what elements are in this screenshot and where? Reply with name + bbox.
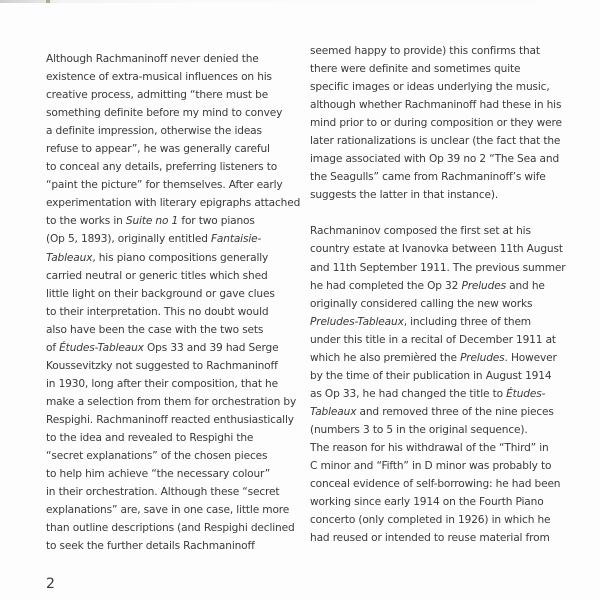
text-span: and removed three of the nine pieces	[356, 406, 553, 418]
text-line: explanations” are, save in one case, lit…	[46, 501, 300, 519]
text-line: there were definite and sometimes quite	[310, 60, 566, 78]
work-title: Suite no 1	[126, 215, 178, 227]
scan-top-edge	[0, 0, 600, 3]
text-line: image associated with Op 39 no 2 “The Se…	[310, 150, 566, 168]
text-line: C minor and “Fifth” in D minor was proba…	[310, 457, 566, 475]
text-span: . However	[505, 352, 557, 364]
text-span: which he also premièred the	[310, 352, 460, 364]
text-line: as Op 33, he had changed the title to Ét…	[310, 385, 566, 403]
text-line: “paint the picture” for themselves. Afte…	[46, 176, 300, 194]
text-line: he had completed the Op 32 Preludes and …	[310, 277, 566, 295]
text-line: under this title in a recital of Decembe…	[310, 331, 566, 349]
left-paragraph: Although Rachmaninoff never denied the e…	[46, 50, 300, 555]
text-line: Tableaux, his piano compositions general…	[46, 249, 300, 267]
work-title: Tableaux	[46, 252, 92, 264]
text-line: originally considered calling the new wo…	[310, 295, 566, 313]
text-line: to their interpretation. This no doubt w…	[46, 303, 300, 321]
text-line: than outline descriptions (and Respighi …	[46, 519, 300, 537]
text-line: Tableaux and removed three of the nine p…	[310, 403, 566, 421]
text-line: of Études-Tableaux Ops 33 and 39 had Ser…	[46, 339, 300, 357]
text-line: also have been the case with the two set…	[46, 321, 300, 339]
text-line: country estate at Ivanovka between 11th …	[310, 240, 566, 258]
text-line: and 11th September 1911. The previous su…	[310, 259, 566, 277]
text-span: and he	[506, 280, 545, 292]
text-line: Koussevitzky not suggested to Rachmanino…	[46, 357, 300, 375]
text-line: to the works in Suite no 1 for two piano…	[46, 212, 300, 230]
text-line: little light on their background or gave…	[46, 285, 300, 303]
text-line: had reused or intended to reuse material…	[310, 529, 566, 547]
work-title: Fantaisie-	[211, 233, 261, 245]
text-line: to seek the further details Rachmaninoff	[46, 537, 300, 555]
text-line: Respighi. Rachmaninoff reacted enthusias…	[46, 411, 300, 429]
work-title: Preludes	[461, 280, 505, 292]
text-span: Ops 33 and 39 had Serge	[144, 342, 279, 354]
work-title: Preludes-Tableaux	[310, 316, 404, 328]
text-line: “secret explanations” of the chosen piec…	[46, 447, 300, 465]
text-line: carried neutral or generic titles which …	[46, 267, 300, 285]
text-line: which he also premièred the Preludes. Ho…	[310, 349, 566, 367]
text-line: to help him achieve “the necessary colou…	[46, 465, 300, 483]
text-line: (numbers 3 to 5 in the original sequence…	[310, 421, 566, 439]
text-line: (Op 5, 1893), originally entitled Fantai…	[46, 230, 300, 248]
text-span: as Op 33, he had changed the title to	[310, 388, 506, 400]
text-line: creative process, admitting “there must …	[46, 86, 300, 104]
text-line: suggests the latter in that instance).	[310, 186, 566, 204]
work-title: Tableaux	[310, 406, 356, 418]
text-span: to the works in	[46, 215, 126, 227]
text-span: for two pianos	[178, 215, 255, 227]
page-number: 2	[46, 576, 55, 592]
text-line: by the time of their publication in Augu…	[310, 367, 566, 385]
text-line: a definite impression, otherwise the ide…	[46, 122, 300, 140]
text-line: conceal evidence of self-borrowing: he h…	[310, 475, 566, 493]
text-line: mind prior to or during composition or t…	[310, 114, 566, 132]
text-span: , his piano compositions generally	[92, 252, 268, 264]
text-span: of	[46, 342, 59, 354]
text-line: later rationalizations is unclear (the f…	[310, 132, 566, 150]
text-line: specific images or ideas underlying the …	[310, 78, 566, 96]
scan-edge-mark	[46, 0, 50, 3]
work-title: Études-	[506, 388, 545, 400]
text-line: concerto (only completed in 1926) in whi…	[310, 511, 566, 529]
text-line: although whether Rachmaninoff had these …	[310, 96, 566, 114]
text-line: existence of extra-musical influences on…	[46, 68, 300, 86]
text-line: Rachmaninov composed the first set at hi…	[310, 222, 566, 240]
left-column: Although Rachmaninoff never denied the e…	[46, 50, 300, 555]
text-line: working since early 1914 on the Fourth P…	[310, 493, 566, 511]
paragraph-gap	[310, 204, 566, 222]
work-title: Études-Tableaux	[59, 342, 144, 354]
text-line: refuse to appear”, he was generally care…	[46, 140, 300, 158]
text-line: in their orchestration. Although these “…	[46, 483, 300, 501]
right-column: seemed happy to provide) this confirms t…	[310, 42, 566, 547]
text-line: seemed happy to provide) this confirms t…	[310, 42, 566, 60]
text-line: make a selection from them for orchestra…	[46, 393, 300, 411]
text-line: to the idea and revealed to Respighi the	[46, 429, 300, 447]
text-line: in 1930, long after their composition, t…	[46, 375, 300, 393]
text-line: the Seagulls” came from Rachmaninoff’s w…	[310, 168, 566, 186]
text-span: , including three of them	[404, 316, 531, 328]
text-line: something definite before my mind to con…	[46, 104, 300, 122]
text-line: The reason for his withdrawal of the “Th…	[310, 439, 566, 457]
text-span: he had completed the Op 32	[310, 280, 461, 292]
text-line: to conceal any details, preferring liste…	[46, 158, 300, 176]
right-paragraph-1: seemed happy to provide) this confirms t…	[310, 42, 566, 204]
work-title: Preludes	[460, 352, 504, 364]
text-line: Preludes-Tableaux, including three of th…	[310, 313, 566, 331]
right-paragraph-2: Rachmaninov composed the first set at hi…	[310, 222, 566, 547]
text-line: Although Rachmaninoff never denied the	[46, 50, 300, 68]
text-line: experimentation with literary epigraphs …	[46, 194, 300, 212]
text-span: (Op 5, 1893), originally entitled	[46, 233, 211, 245]
